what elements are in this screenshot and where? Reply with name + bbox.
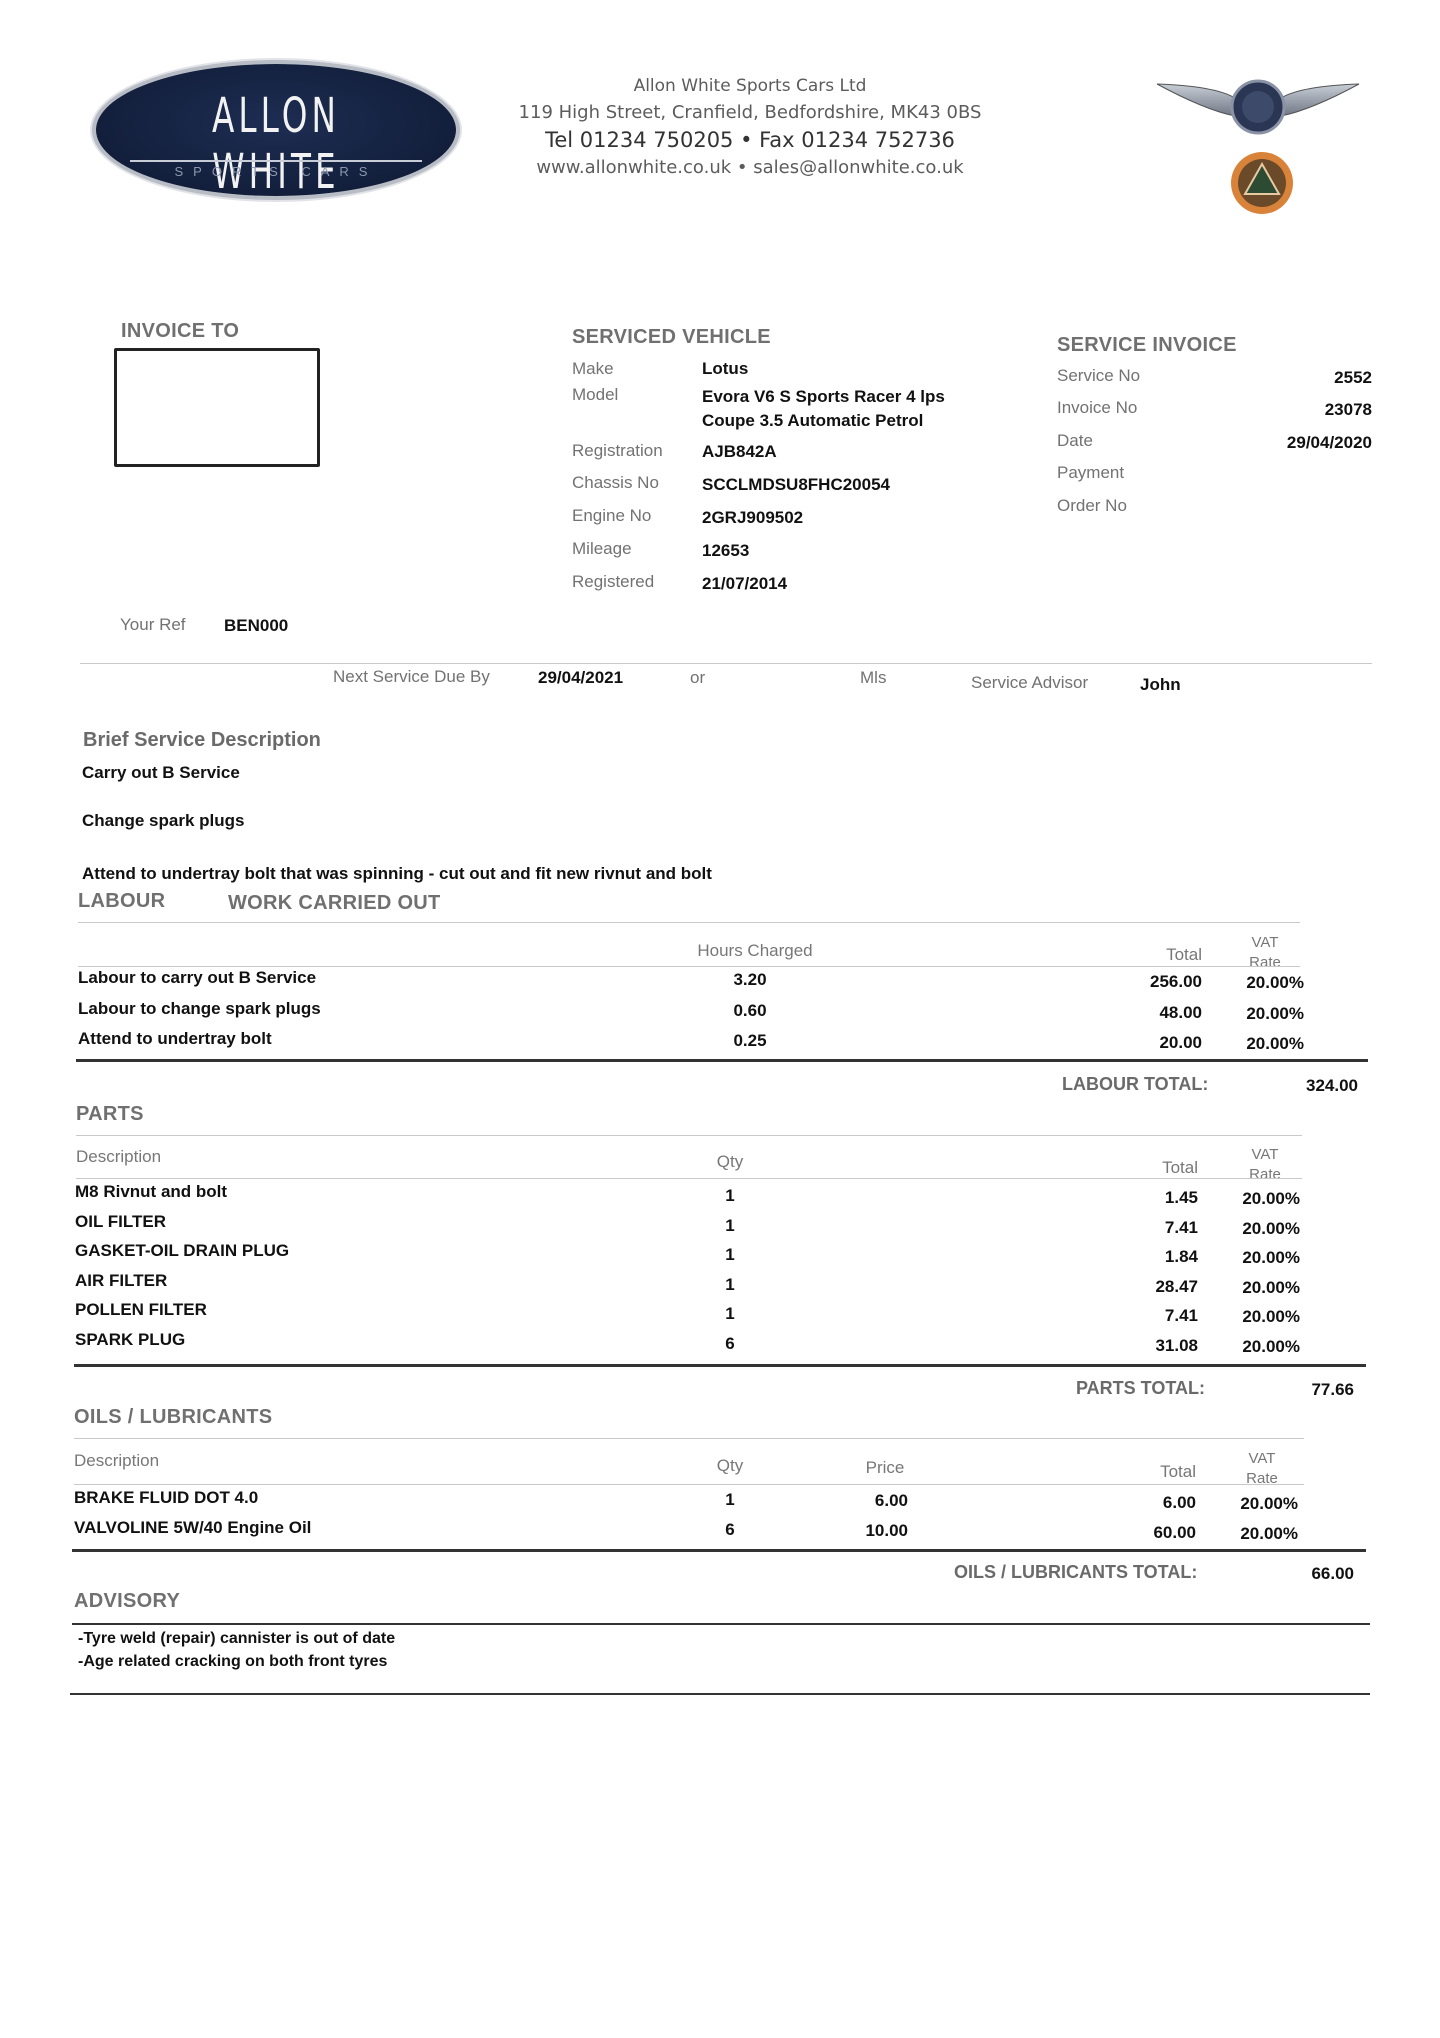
parts-row-qty: 1	[700, 1216, 760, 1236]
next-service-date: 29/04/2021	[538, 668, 623, 688]
morgan-wings-logo-icon	[1155, 76, 1361, 140]
engine-label: Engine No	[572, 506, 651, 526]
oils-row-vat: 20.00%	[1204, 1494, 1298, 1514]
company-phone-fax: Tel 01234 750205 • Fax 01234 752736	[470, 128, 1030, 152]
oils-row-qty: 6	[700, 1520, 760, 1540]
divider	[74, 1438, 1304, 1439]
vat-rate-header: Rate	[1225, 954, 1305, 971]
parts-row-qty: 1	[700, 1245, 760, 1265]
service-advisor-label: Service Advisor	[971, 673, 1088, 693]
logo-title: ALLON WHITE	[154, 88, 399, 200]
invoice-no-label: Invoice No	[1057, 398, 1137, 418]
oils-total-header: Total	[1078, 1462, 1196, 1482]
company-web-email: www.allonwhite.co.uk • sales@allonwhite.…	[470, 157, 1030, 178]
labour-row-vat: 20.00%	[1210, 1004, 1304, 1024]
oils-row-qty: 1	[700, 1490, 760, 1510]
invoice-to-label: INVOICE TO	[121, 320, 239, 343]
your-ref-label: Your Ref	[120, 615, 186, 635]
divider	[74, 1484, 1304, 1485]
oils-desc-header: Description	[74, 1451, 159, 1471]
labour-subtitle: WORK CARRIED OUT	[228, 892, 441, 915]
oils-divider	[72, 1549, 1366, 1552]
engine-value: 2GRJ909502	[702, 508, 803, 528]
total-header: Total	[1080, 945, 1202, 965]
divider	[78, 922, 1300, 923]
parts-vat-rate-header: Rate	[1225, 1166, 1305, 1183]
oils-row-total: 60.00	[1078, 1523, 1196, 1543]
order-no-label: Order No	[1057, 496, 1127, 516]
parts-row-total: 31.08	[1080, 1336, 1198, 1356]
parts-title: PARTS	[76, 1103, 144, 1126]
parts-row-vat: 20.00%	[1206, 1219, 1300, 1239]
payment-label: Payment	[1057, 463, 1124, 483]
parts-row-qty: 1	[700, 1275, 760, 1295]
invoice-no-value: 23078	[1230, 400, 1372, 420]
advisory-line: -Tyre weld (repair) cannister is out of …	[78, 1630, 395, 1648]
oils-row-price: 6.00	[820, 1491, 908, 1511]
labour-row-total: 48.00	[1080, 1003, 1202, 1023]
date-label: Date	[1057, 431, 1093, 451]
registered-value: 21/07/2014	[702, 574, 787, 594]
oils-total-label: OILS / LUBRICANTS TOTAL:	[954, 1562, 1197, 1583]
labour-row-vat: 20.00%	[1210, 973, 1304, 993]
advisory-line: -Age related cracking on both front tyre…	[78, 1653, 387, 1671]
labour-row-hours: 0.60	[700, 1001, 800, 1021]
oils-row-price: 10.00	[820, 1521, 908, 1541]
chassis-value: SCCLMDSU8FHC20054	[702, 475, 890, 495]
your-ref-value: BEN000	[224, 616, 288, 636]
parts-row-description: OIL FILTER	[75, 1212, 166, 1232]
labour-row-description: Labour to change spark plugs	[78, 999, 321, 1019]
advisory-title: ADVISORY	[74, 1590, 180, 1613]
oils-total-value: 66.00	[1240, 1564, 1354, 1584]
hours-header: Hours Charged	[660, 941, 850, 961]
parts-divider	[74, 1364, 1366, 1367]
parts-row-vat: 20.00%	[1206, 1248, 1300, 1268]
company-logo: ALLON WHITE SPORTS CARS	[96, 64, 456, 196]
labour-row-total: 256.00	[1080, 972, 1202, 992]
labour-total-value: 324.00	[1240, 1076, 1358, 1096]
parts-desc-header: Description	[76, 1147, 161, 1167]
labour-row-description: Attend to undertray bolt	[78, 1029, 272, 1049]
model-value-line2: Coupe 3.5 Automatic Petrol	[702, 411, 923, 431]
brief-description-title: Brief Service Description	[83, 729, 321, 752]
oils-qty-header: Qty	[700, 1456, 760, 1476]
service-advisor-value: John	[1140, 675, 1181, 695]
parts-row-vat: 20.00%	[1206, 1189, 1300, 1209]
parts-row-total: 1.84	[1080, 1247, 1198, 1267]
parts-total-label: PARTS TOTAL:	[1076, 1378, 1205, 1399]
oils-row-description: BRAKE FLUID DOT 4.0	[74, 1488, 258, 1508]
parts-row-qty: 1	[700, 1304, 760, 1324]
registered-label: Registered	[572, 572, 654, 592]
parts-row-vat: 20.00%	[1206, 1307, 1300, 1327]
parts-vat-header: VAT	[1225, 1146, 1305, 1163]
oils-title: OILS / LUBRICANTS	[74, 1406, 272, 1429]
serviced-vehicle-title: SERVICED VEHICLE	[572, 326, 771, 349]
model-value: Evora V6 S Sports Racer 4 lps	[702, 387, 945, 407]
logo-divider	[130, 160, 422, 162]
mileage-label: Mileage	[572, 539, 632, 559]
parts-row-vat: 20.00%	[1206, 1278, 1300, 1298]
date-value: 29/04/2020	[1230, 433, 1372, 453]
next-service-miles-label: Mls	[860, 668, 886, 688]
labour-row-total: 20.00	[1080, 1033, 1202, 1053]
parts-row-qty: 6	[700, 1334, 760, 1354]
parts-row-total: 7.41	[1080, 1218, 1198, 1238]
parts-row-qty: 1	[700, 1186, 760, 1206]
registration-value: AJB842A	[702, 442, 777, 462]
make-value: Lotus	[702, 359, 748, 379]
parts-row-description: GASKET-OIL DRAIN PLUG	[75, 1241, 289, 1261]
description-line: Attend to undertray bolt that was spinni…	[82, 864, 712, 884]
labour-total-label: LABOUR TOTAL:	[1062, 1074, 1208, 1095]
company-name: Allon White Sports Cars Ltd	[470, 76, 1030, 96]
labour-row-vat: 20.00%	[1210, 1034, 1304, 1054]
service-no-value: 2552	[1230, 368, 1372, 388]
service-invoice-title: SERVICE INVOICE	[1057, 334, 1237, 357]
oils-price-header: Price	[840, 1458, 930, 1478]
oils-vat-header: VAT	[1222, 1450, 1302, 1467]
parts-row-vat: 20.00%	[1206, 1337, 1300, 1357]
make-label: Make	[572, 359, 614, 379]
parts-row-description: AIR FILTER	[75, 1271, 167, 1291]
divider	[78, 966, 1300, 967]
service-no-label: Service No	[1057, 366, 1140, 386]
model-label: Model	[572, 385, 618, 405]
next-service-or: or	[690, 668, 705, 688]
invoice-to-address-box	[114, 348, 320, 467]
labour-divider	[76, 1059, 1368, 1062]
logo-subtitle: SPORTS CARS	[96, 164, 456, 179]
advisory-bottom-divider	[70, 1693, 1370, 1695]
parts-row-description: POLLEN FILTER	[75, 1300, 207, 1320]
oils-row-description: VALVOLINE 5W/40 Engine Oil	[74, 1518, 311, 1538]
divider	[80, 663, 1372, 664]
labour-title: LABOUR	[78, 890, 165, 913]
labour-row-hours: 3.20	[700, 970, 800, 990]
description-line: Carry out B Service	[82, 763, 240, 783]
next-service-label: Next Service Due By	[333, 667, 490, 687]
parts-row-description: M8 Rivnut and bolt	[75, 1182, 227, 1202]
parts-row-total: 1.45	[1080, 1188, 1198, 1208]
chassis-label: Chassis No	[572, 473, 659, 493]
vat-header: VAT	[1225, 934, 1305, 951]
description-line: Change spark plugs	[82, 811, 244, 831]
oils-row-total: 6.00	[1078, 1493, 1196, 1513]
lotus-badge-icon	[1229, 150, 1295, 216]
divider	[76, 1178, 1302, 1179]
parts-row-total: 28.47	[1080, 1277, 1198, 1297]
mileage-value: 12653	[702, 541, 749, 561]
advisory-divider	[72, 1623, 1370, 1625]
parts-total-value: 77.66	[1240, 1380, 1354, 1400]
labour-row-hours: 0.25	[700, 1031, 800, 1051]
registration-label: Registration	[572, 441, 663, 461]
divider	[76, 1135, 1302, 1136]
parts-qty-header: Qty	[700, 1152, 760, 1172]
oils-row-vat: 20.00%	[1204, 1524, 1298, 1544]
company-address: 119 High Street, Cranfield, Bedfordshire…	[470, 102, 1030, 123]
parts-row-total: 7.41	[1080, 1306, 1198, 1326]
parts-total-header: Total	[1080, 1158, 1198, 1178]
parts-row-description: SPARK PLUG	[75, 1330, 185, 1350]
labour-row-description: Labour to carry out B Service	[78, 968, 316, 988]
